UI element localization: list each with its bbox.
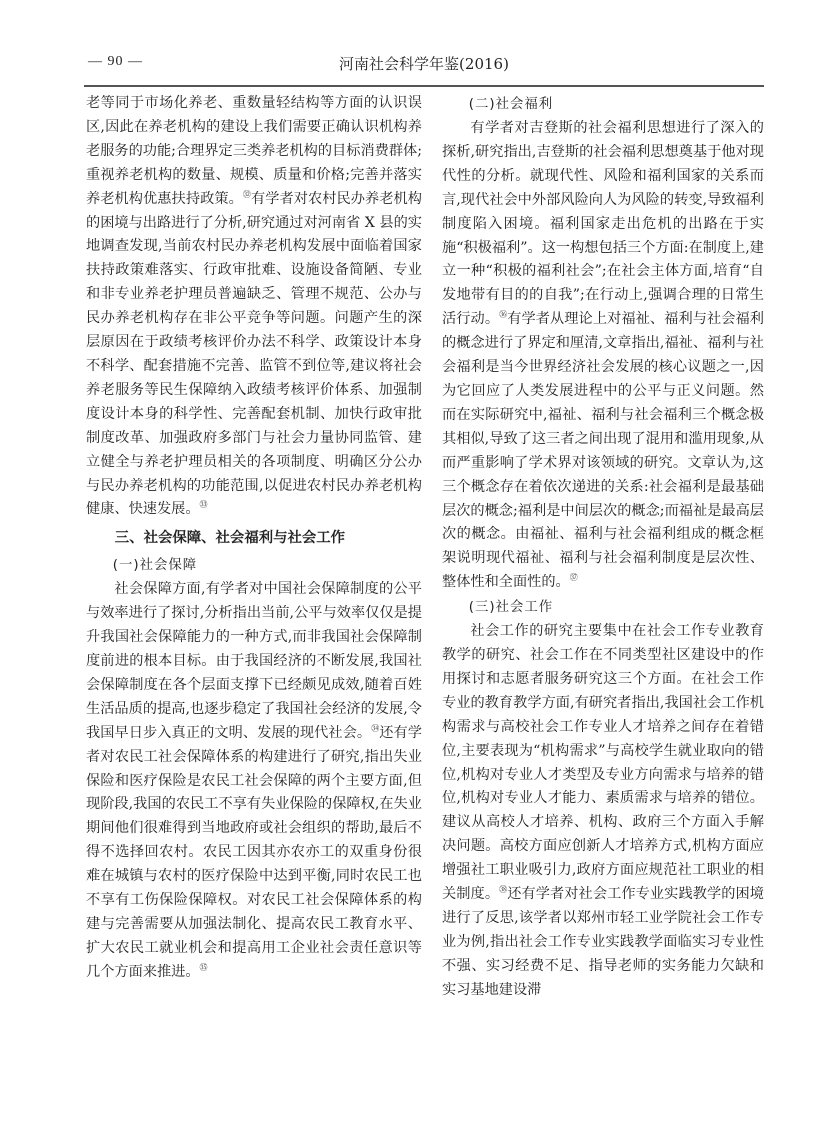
subsection-heading-social-work: (三)社会工作 <box>442 595 764 620</box>
footnote-marker: ㊱ <box>499 310 507 319</box>
paragraph-social-welfare: 有学者对吉登斯的社会福利思想进行了深入的探析,研究指出,吉登斯的社会福利思想奠基… <box>442 117 764 595</box>
left-column: 老等同于市场化养老、重数量轻结构等方面的认识误区,因此在养老机构的建设上我们需要… <box>86 92 422 985</box>
footnote-marker: ㉜ <box>243 190 251 199</box>
footnote-marker: ㉟ <box>200 963 208 972</box>
section-heading: 三、社会保障、社会福利与社会工作 <box>86 524 422 552</box>
subsection-heading-social-welfare: (二)社会福利 <box>442 92 764 117</box>
footnote-marker: ㊲ <box>570 573 578 582</box>
paragraph-social-work: 社会工作的研究主要集中在社会工作专业教育教学的研究、社会工作在不同类型社区建设中… <box>442 620 764 1003</box>
subsection-heading-social-security: (一)社会保障 <box>86 553 422 578</box>
header-divider <box>84 85 764 87</box>
right-column: (二)社会福利 有学者对吉登斯的社会福利思想进行了深入的探析,研究指出,吉登斯的… <box>442 92 764 1003</box>
footnote-marker: ㊳ <box>499 885 507 894</box>
paragraph-elderly-care: 老等同于市场化养老、重数量轻结构等方面的认识误区,因此在养老机构的建设上我们需要… <box>86 92 422 522</box>
paragraph-social-security: 社会保障方面,有学者对中国社会保障制度的公平与效率进行了探讨,分析指出当前,公平… <box>86 578 422 984</box>
page-header: — 90 — 河南社会科学年鉴(2016) <box>84 50 764 78</box>
footnote-marker: ㉝ <box>200 500 208 509</box>
running-title: 河南社会科学年鉴(2016) <box>84 53 764 74</box>
